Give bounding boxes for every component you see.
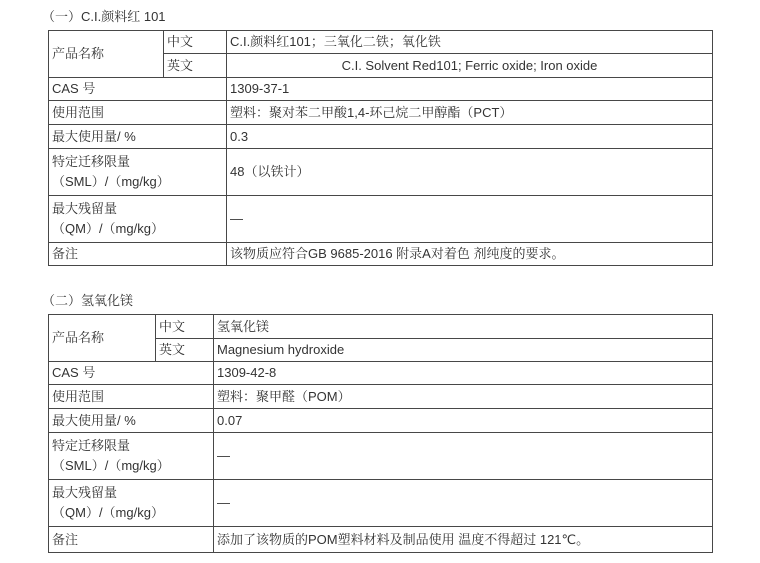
product-name-label: 产品名称	[49, 31, 164, 78]
table-row: 备注 该物质应符合GB 9685-2016 附录A对着色 剂纯度的要求。	[49, 243, 713, 266]
sml-label: 特定迁移限量 （SML）/（mg/kg）	[49, 149, 227, 196]
cas-label: CAS 号	[49, 78, 227, 101]
remark-value: 该物质应符合GB 9685-2016 附录A对着色 剂纯度的要求。	[227, 243, 713, 266]
cas-label: CAS 号	[49, 362, 214, 385]
table-row: 最大使用量/ % 0.3	[49, 125, 713, 149]
cas-value: 1309-37-1	[227, 78, 713, 101]
sml-label-line2: （SML）/（mg/kg）	[52, 456, 210, 476]
chinese-name-value: 氢氧化镁	[214, 315, 713, 339]
english-name-value: C.I. Solvent Red101; Ferric oxide; Iron …	[227, 54, 713, 78]
table-row: 使用范围 塑料：聚对苯二甲酸1,4-环己烷二甲醇酯（PCT）	[49, 101, 713, 125]
qm-label: 最大残留量 （QM）/（mg/kg）	[49, 480, 214, 527]
qm-value: —	[214, 480, 713, 527]
cas-value: 1309-42-8	[214, 362, 713, 385]
sml-label-line2: （SML）/（mg/kg）	[52, 172, 223, 192]
table-row: 使用范围 塑料：聚甲醛（POM）	[49, 385, 713, 409]
table-row: 最大使用量/ % 0.07	[49, 409, 713, 433]
usage-scope-value: 塑料：聚甲醛（POM）	[214, 385, 713, 409]
table-row: 特定迁移限量 （SML）/（mg/kg） —	[49, 433, 713, 480]
section-title-pigment-red-101: （一）C.I.颜料红 101	[42, 0, 760, 25]
table-row: 特定迁移限量 （SML）/（mg/kg） 48（以铁计）	[49, 149, 713, 196]
table-row: 备注 添加了该物质的POM塑料材料及制品使用 温度不得超过 121℃。	[49, 527, 713, 553]
remark-value: 添加了该物质的POM塑料材料及制品使用 温度不得超过 121℃。	[214, 527, 713, 553]
qm-label-line2: （QM）/（mg/kg）	[52, 219, 223, 239]
max-usage-label: 最大使用量/ %	[49, 125, 227, 149]
table-row: CAS 号 1309-37-1	[49, 78, 713, 101]
table-row: CAS 号 1309-42-8	[49, 362, 713, 385]
table-row: 产品名称 中文 C.I.颜料红101；三氧化二铁；氧化铁	[49, 31, 713, 54]
table-row: 最大残留量 （QM）/（mg/kg） —	[49, 480, 713, 527]
english-label: 英文	[156, 339, 214, 362]
qm-label-line1: 最大残留量	[52, 483, 210, 503]
sml-label-line1: 特定迁移限量	[52, 152, 223, 172]
sml-value: 48（以铁计）	[227, 149, 713, 196]
max-usage-value: 0.07	[214, 409, 713, 433]
chinese-label: 中文	[156, 315, 214, 339]
max-usage-label: 最大使用量/ %	[49, 409, 214, 433]
sml-label: 特定迁移限量 （SML）/（mg/kg）	[49, 433, 214, 480]
chinese-name-value: C.I.颜料红101；三氧化二铁；氧化铁	[227, 31, 713, 54]
max-usage-value: 0.3	[227, 125, 713, 149]
section-title-magnesium-hydroxide: （二）氢氧化镁	[42, 266, 760, 309]
qm-label: 最大残留量 （QM）/（mg/kg）	[49, 196, 227, 243]
usage-scope-label: 使用范围	[49, 385, 214, 409]
qm-value: —	[227, 196, 713, 243]
remark-label: 备注	[49, 243, 227, 266]
qm-label-line1: 最大残留量	[52, 199, 223, 219]
english-name-value: Magnesium hydroxide	[214, 339, 713, 362]
usage-scope-value: 塑料：聚对苯二甲酸1,4-环己烷二甲醇酯（PCT）	[227, 101, 713, 125]
table-row: 产品名称 中文 氢氧化镁	[49, 315, 713, 339]
usage-scope-label: 使用范围	[49, 101, 227, 125]
substance-table-pigment-red-101: 产品名称 中文 C.I.颜料红101；三氧化二铁；氧化铁 英文 C.I. Sol…	[48, 30, 713, 266]
english-label: 英文	[164, 54, 227, 78]
sml-value: —	[214, 433, 713, 480]
sml-label-line1: 特定迁移限量	[52, 436, 210, 456]
document-page: （一）C.I.颜料红 101 产品名称 中文 C.I.颜料红101；三氧化二铁；…	[0, 0, 760, 563]
chinese-label: 中文	[164, 31, 227, 54]
product-name-label: 产品名称	[49, 315, 156, 362]
substance-table-magnesium-hydroxide: 产品名称 中文 氢氧化镁 英文 Magnesium hydroxide CAS …	[48, 314, 713, 553]
qm-label-line2: （QM）/（mg/kg）	[52, 503, 210, 523]
table-row: 最大残留量 （QM）/（mg/kg） —	[49, 196, 713, 243]
remark-label: 备注	[49, 527, 214, 553]
